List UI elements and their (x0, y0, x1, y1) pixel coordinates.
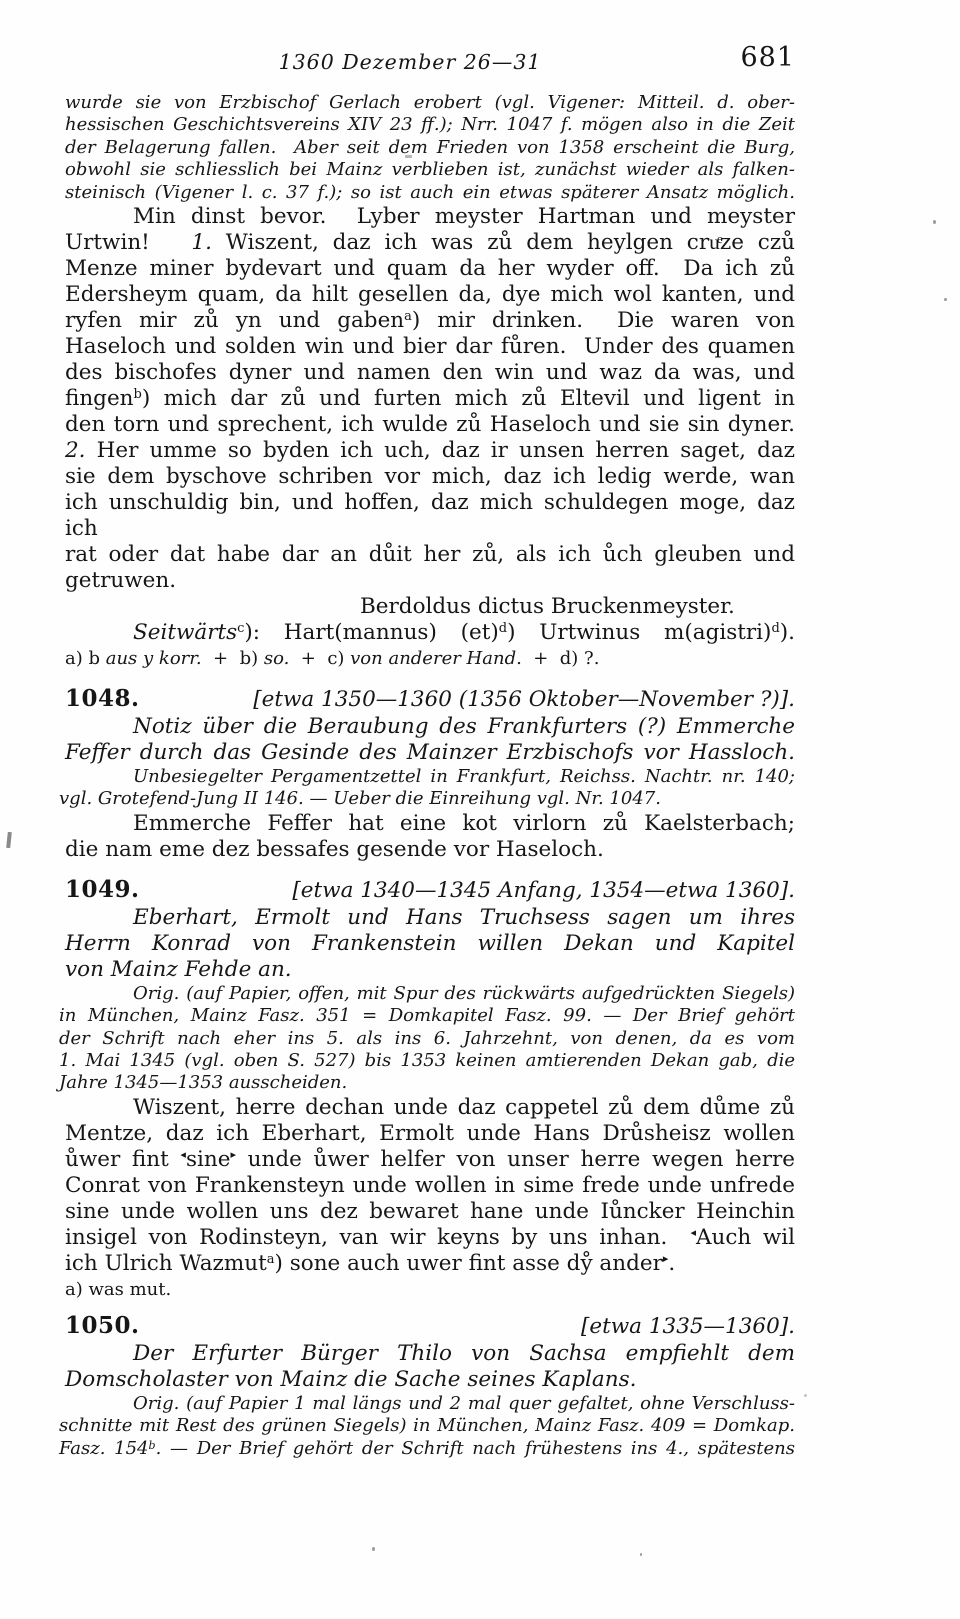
footnote-line: a) was mut. (65, 1279, 795, 1301)
regest-line: Feffer durch das Gesinde des Mainzer Erz… (65, 740, 795, 766)
text-line: sie dem byschove schriben vor mich, daz … (65, 464, 795, 490)
text-line: fingenb) mich dar zů und furten mich zů … (65, 386, 795, 412)
regest-line: Eberhart, Ermolt und Hans Truchsess sage… (65, 905, 795, 931)
text-line: wurde sie von Erzbischof Gerlach erobert… (65, 92, 795, 114)
footnote-c: + c) (289, 648, 350, 669)
entry-1049: 1049. [etwa 1340—1345 Anfang, 1354—etwa … (65, 876, 795, 1301)
text-line: Conrat von Frankensteyn unde wollen in s… (65, 1173, 795, 1199)
regest-line: von Mainz Fehde an. (65, 957, 795, 983)
text-segment: Auch wil (696, 1225, 795, 1250)
source-note-line: Orig. (auf Papier, offen, mit Spur des r… (65, 983, 795, 1005)
source-note-line: vgl. Grotefend-Jung II 146. — Ueber die … (59, 788, 795, 810)
insertion-mark-close: ▸ (663, 1252, 669, 1265)
footnote-c-text: von anderer Hand. (350, 648, 522, 669)
entry-1048: 1048. [etwa 1350—1360 (1356 Oktober—Nove… (65, 685, 795, 863)
superscript-b: b (149, 1439, 156, 1452)
text-segment: ) Urtwinus m(agistri) (507, 620, 771, 645)
text-segment: Her umme so byden ich uch, daz ir unsen … (86, 438, 795, 463)
footnote-ref-d: d (499, 621, 507, 636)
text-line: sine unde wollen uns dez bewaret hane un… (65, 1199, 795, 1225)
text-segment: ryfen mir zů yn und gaben (65, 308, 404, 333)
entry-date: [etwa 1350—1360 (1356 Oktober—November ?… (253, 686, 795, 714)
text-segment: ich Ulrich Wazmut (65, 1251, 267, 1276)
entry-1050: 1050. [etwa 1335—1360]. Der Erfurter Bür… (65, 1312, 795, 1460)
regest-line: Herrn Konrad von Frankenstein willen Dek… (65, 931, 795, 957)
signature-line: Berdoldus dictus Bruckenmeyster. (65, 594, 795, 620)
text-segment: ). (780, 620, 795, 645)
footnote-ref-d: d (771, 621, 779, 636)
text-line: Menze miner bydevart und quam da her wyd… (65, 256, 795, 282)
text-line: 2. Her umme so byden ich uch, daz ir uns… (65, 438, 795, 464)
scan-speck (640, 1553, 642, 1556)
text-line: Wiszent, herre dechan unde daz cappetel … (65, 1095, 795, 1121)
text-line: steinisch (Vigener l. c. 37 f.); so ist … (65, 182, 795, 204)
text-segment: Fasz. 154 (59, 1438, 149, 1459)
scan-speck (804, 1394, 807, 1397)
text-segment: . (668, 1251, 675, 1276)
source-note-line: 1. Mai 1345 (vgl. oben S. 527) bis 1353 … (59, 1050, 795, 1072)
text-segment: ) sone auch uwer fint asse dẙ ander (275, 1251, 663, 1276)
text-line: insigel von Rodinsteyn, van wir keyns by… (65, 1225, 795, 1251)
running-title: 1360 Dezember 26—31 (65, 50, 755, 74)
text-line: ich Ulrich Wazmuta) sone auch uwer fint … (65, 1251, 795, 1277)
insertion-mark-close: ▸ (230, 1148, 236, 1161)
regest-line: Domscholaster von Mainz die Sache seines… (65, 1367, 795, 1393)
footnote-a-text: aus y korr. (106, 648, 202, 669)
text-line: hessischen Geschichtsvereins XIV 23 ff.)… (65, 114, 795, 136)
source-note-line: in München, Mainz Fasz. 351 = Domkapitel… (59, 1005, 795, 1027)
text-line: ich unschuldig bin, und hoffen, daz mich… (65, 490, 795, 542)
page-number: 681 (740, 42, 795, 73)
regest-line: Der Erfurter Bürger Thilo von Sachsa emp… (65, 1341, 795, 1367)
text-segment: Seitwärts (133, 620, 237, 645)
text-segment: . — Der Brief gehört der Schrift nach fr… (156, 1438, 795, 1459)
text-line: die nam eme dez bessafes gesende vor Has… (65, 837, 795, 863)
footnote-ref-b: b (134, 387, 142, 402)
entry-date: [etwa 1340—1345 Anfang, 1354—etwa 1360]. (292, 877, 795, 905)
text-line: des bischofes dyner und namen den win un… (65, 360, 795, 386)
book-page: 1360 Dezember 26—31 681 wurde sie von Er… (65, 44, 795, 1460)
entry-header: 1048. [etwa 1350—1360 (1356 Oktober—Nove… (65, 685, 795, 714)
text-line: Haseloch und solden win und bier dar fůr… (65, 334, 795, 360)
source-note-line: Jahre 1345—1353 ausscheiden. (59, 1072, 795, 1094)
regest-line: Notiz über die Beraubung des Frankfurter… (65, 714, 795, 740)
footnote-a: a) b (65, 648, 106, 669)
entry-date: [etwa 1335—1360]. (581, 1313, 795, 1341)
text-line: Emmerche Feffer hat eine kot virlorn zů … (65, 811, 795, 837)
footnote-b-text: so. (264, 648, 289, 669)
text-line: Urtwin! 1. Wiszent, daz ich was zů dem h… (65, 230, 795, 256)
entry-1047-letter: Min dinst bevor. Lyber meyster Hartman u… (65, 204, 795, 670)
entry-number: 1049. (65, 876, 140, 904)
footnote-b: + b) (202, 648, 264, 669)
text-line: der Belagerung fallen. Aber seit dem Fri… (65, 137, 795, 159)
source-note-line: Fasz. 154b. — Der Brief gehört der Schri… (59, 1438, 795, 1460)
text-line: Min dinst bevor. Lyber meyster Hartman u… (65, 204, 795, 230)
scan-smudge (6, 832, 12, 848)
source-note-line: der Schrift nach eher ins 5. als ins 6. … (59, 1028, 795, 1050)
entry-1047-editor-note: wurde sie von Erzbischof Gerlach erobert… (65, 92, 795, 204)
entry-number: 1050. (65, 1312, 140, 1340)
text-line: rat oder dat habe dar an důit her zů, al… (65, 542, 795, 568)
source-note-line: Orig. (auf Papier 1 mal längs und 2 mal … (65, 1393, 795, 1415)
marginal-note-line: Seitwärtsc): Hart(mannus) (et)d) Urtwinu… (65, 620, 795, 646)
page-header: 1360 Dezember 26—31 681 (65, 44, 795, 78)
text-segment: unde ůwer helfer von unser herre wegen h… (236, 1147, 795, 1172)
scan-speck (372, 1547, 375, 1551)
text-line: getruwen. (65, 568, 795, 594)
footnotes-line: a) b aus y korr. + b) so. + c) von ander… (65, 648, 795, 670)
text-segment: fingen (65, 386, 134, 411)
text-segment: ) mir drinken. Die waren von (412, 308, 795, 333)
source-note-line: Unbesiegelter Pergamentzettel in Frankfu… (65, 766, 795, 788)
source-note-line: schnitte mit Rest des grünen Siegels) in… (59, 1415, 795, 1437)
section-number: 2. (65, 438, 86, 463)
footnote-ref-a: a (404, 309, 412, 324)
text-segment: insigel von Rodinsteyn, van wir keyns by… (65, 1225, 690, 1250)
text-line: ryfen mir zů yn und gabena) mir drinken.… (65, 308, 795, 334)
footnote-ref-a: a (267, 1252, 275, 1267)
text-line: ůwer fint ◂sine▸ unde ůwer helfer von un… (65, 1147, 795, 1173)
text-line: Mentze, daz ich Eberhart, Ermolt unde Ha… (65, 1121, 795, 1147)
section-number: 1. (191, 230, 212, 255)
scan-smudge (405, 155, 412, 158)
text-segment: ) mich dar zů und furten mich zů Eltevil… (142, 386, 795, 411)
text-line: den torn und sprechent, ich wulde zů Has… (65, 412, 795, 438)
text-segment: ): Hart(mannus) (et) (244, 620, 498, 645)
entry-header: 1050. [etwa 1335—1360]. (65, 1312, 795, 1341)
entry-number: 1048. (65, 685, 140, 713)
scan-speck (944, 298, 947, 301)
scan-speck (933, 220, 936, 224)
footnote-d: + d) ?. (522, 648, 600, 669)
insertion-mark-open: ◂ (180, 1148, 186, 1161)
text-segment: ůwer fint (65, 1147, 180, 1172)
footnote-ref-c: c (237, 621, 244, 636)
text-segment: Wiszent, daz ich was zů dem heylgen cruͤ… (212, 230, 795, 255)
entry-header: 1049. [etwa 1340—1345 Anfang, 1354—etwa … (65, 876, 795, 905)
text-line: obwohl sie schliesslich bei Mainz verbli… (65, 159, 795, 181)
text-segment: sine (186, 1147, 230, 1172)
insertion-mark-open: ◂ (690, 1226, 696, 1239)
text-segment: Urtwin! (65, 230, 191, 255)
text-line: Edersheym quam, da hilt gesellen da, dye… (65, 282, 795, 308)
